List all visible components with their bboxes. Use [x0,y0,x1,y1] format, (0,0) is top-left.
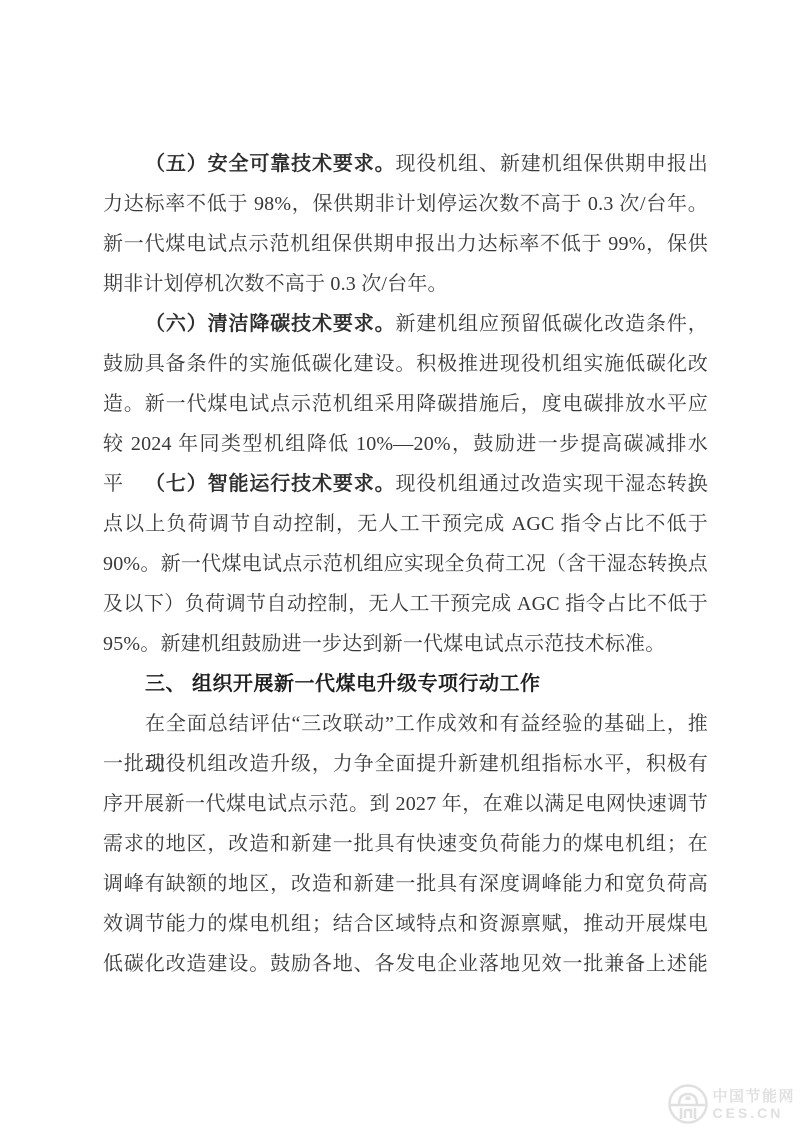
watermark-site-name: 中国节能网 [712,1088,795,1105]
text-line: 造。新一代煤电试点示范机组采用降碳措施后，度电碳排放水平应 [103,384,708,424]
text-line: 90%。新一代煤电试点示范机组应实现全负荷工况（含干湿态转换点 [103,544,708,584]
watermark-text: 中国节能网 CES.CN [712,1088,795,1121]
paragraph-7: （七）智能运行技术要求。现役机组通过改造实现干湿态转换 点以上负荷调节自动控制，… [103,464,708,664]
text-line: （六）清洁降碳技术要求。新建机组应预留低碳化改造条件， [103,304,708,344]
text-line: 序开展新一代煤电试点示范。到 2027 年，在难以满足电网快速调节 [103,784,708,824]
text-line: 调峰有缺额的地区，改造和新建一批具有深度调峰能力和宽负荷高 [103,864,708,904]
site-watermark: 中国节能网 CES.CN [667,1083,795,1125]
text-line: 在全面总结评估“三改联动”工作成效和有益经验的基础上，推动 [103,704,708,744]
text-line: 一批现役机组改造升级，力争全面提升新建机组指标水平，积极有 [103,744,708,784]
document-body: （五）安全可靠技术要求。现役机组、新建机组保供期申报出 力达标率不低于 98%，… [103,144,708,984]
paragraph-text: 新建机组应预留低碳化改造条件， [396,313,708,335]
section-heading: 三、 组织开展新一代煤电升级专项行动工作 [103,664,708,704]
paragraph-6: （六）清洁降碳技术要求。新建机组应预留低碳化改造条件， 鼓励具备条件的实施低碳化… [103,304,708,464]
document-page: （五）安全可靠技术要求。现役机组、新建机组保供期申报出 力达标率不低于 98%，… [0,0,800,1131]
paragraph-lead: （七）智能运行技术要求。 [145,473,396,495]
text-line: 效调节能力的煤电机组；结合区域特点和资源禀赋，推动开展煤电 [103,904,708,944]
paragraph-5: （五）安全可靠技术要求。现役机组、新建机组保供期申报出 力达标率不低于 98%，… [103,144,708,304]
ces-logo-icon [667,1083,709,1125]
text-line: 95%。新建机组鼓励进一步达到新一代煤电试点示范技术标准。 [103,624,708,664]
text-line: 需求的地区，改造和新建一批具有快速变负荷能力的煤电机组；在 [103,824,708,864]
text-line: 力达标率不低于 98%，保供期非计划停运次数不高于 0.3 次/台年。 [103,184,708,224]
paragraph-closing: 在全面总结评估“三改联动”工作成效和有益经验的基础上，推动 一批现役机组改造升级… [103,704,708,984]
text-line: 较 2024 年同类型机组降低 10%—20%，鼓励进一步提高碳减排水平。 [103,424,708,464]
paragraph-text: 现役机组、新建机组保供期申报出 [396,153,708,175]
text-line: 及以下）负荷调节自动控制，无人工干预完成 AGC 指令占比不低于 [103,584,708,624]
text-line: 新一代煤电试点示范机组保供期申报出力达标率不低于 99%，保供 [103,224,708,264]
text-line: （五）安全可靠技术要求。现役机组、新建机组保供期申报出 [103,144,708,184]
watermark-site-domain: CES.CN [712,1105,795,1121]
paragraph-text: 现役机组通过改造实现干湿态转换 [396,473,708,495]
paragraph-lead: （五）安全可靠技术要求。 [145,153,396,175]
text-line: 低碳化改造建设。鼓励各地、各发电企业落地见效一批兼备上述能 [103,944,708,984]
text-line: 期非计划停机次数不高于 0.3 次/台年。 [103,264,708,304]
text-line: 鼓励具备条件的实施低碳化建设。积极推进现役机组实施低碳化改 [103,344,708,384]
paragraph-lead: （六）清洁降碳技术要求。 [145,313,396,335]
text-line: （七）智能运行技术要求。现役机组通过改造实现干湿态转换 [103,464,708,504]
text-line: 点以上负荷调节自动控制，无人工干预完成 AGC 指令占比不低于 [103,504,708,544]
